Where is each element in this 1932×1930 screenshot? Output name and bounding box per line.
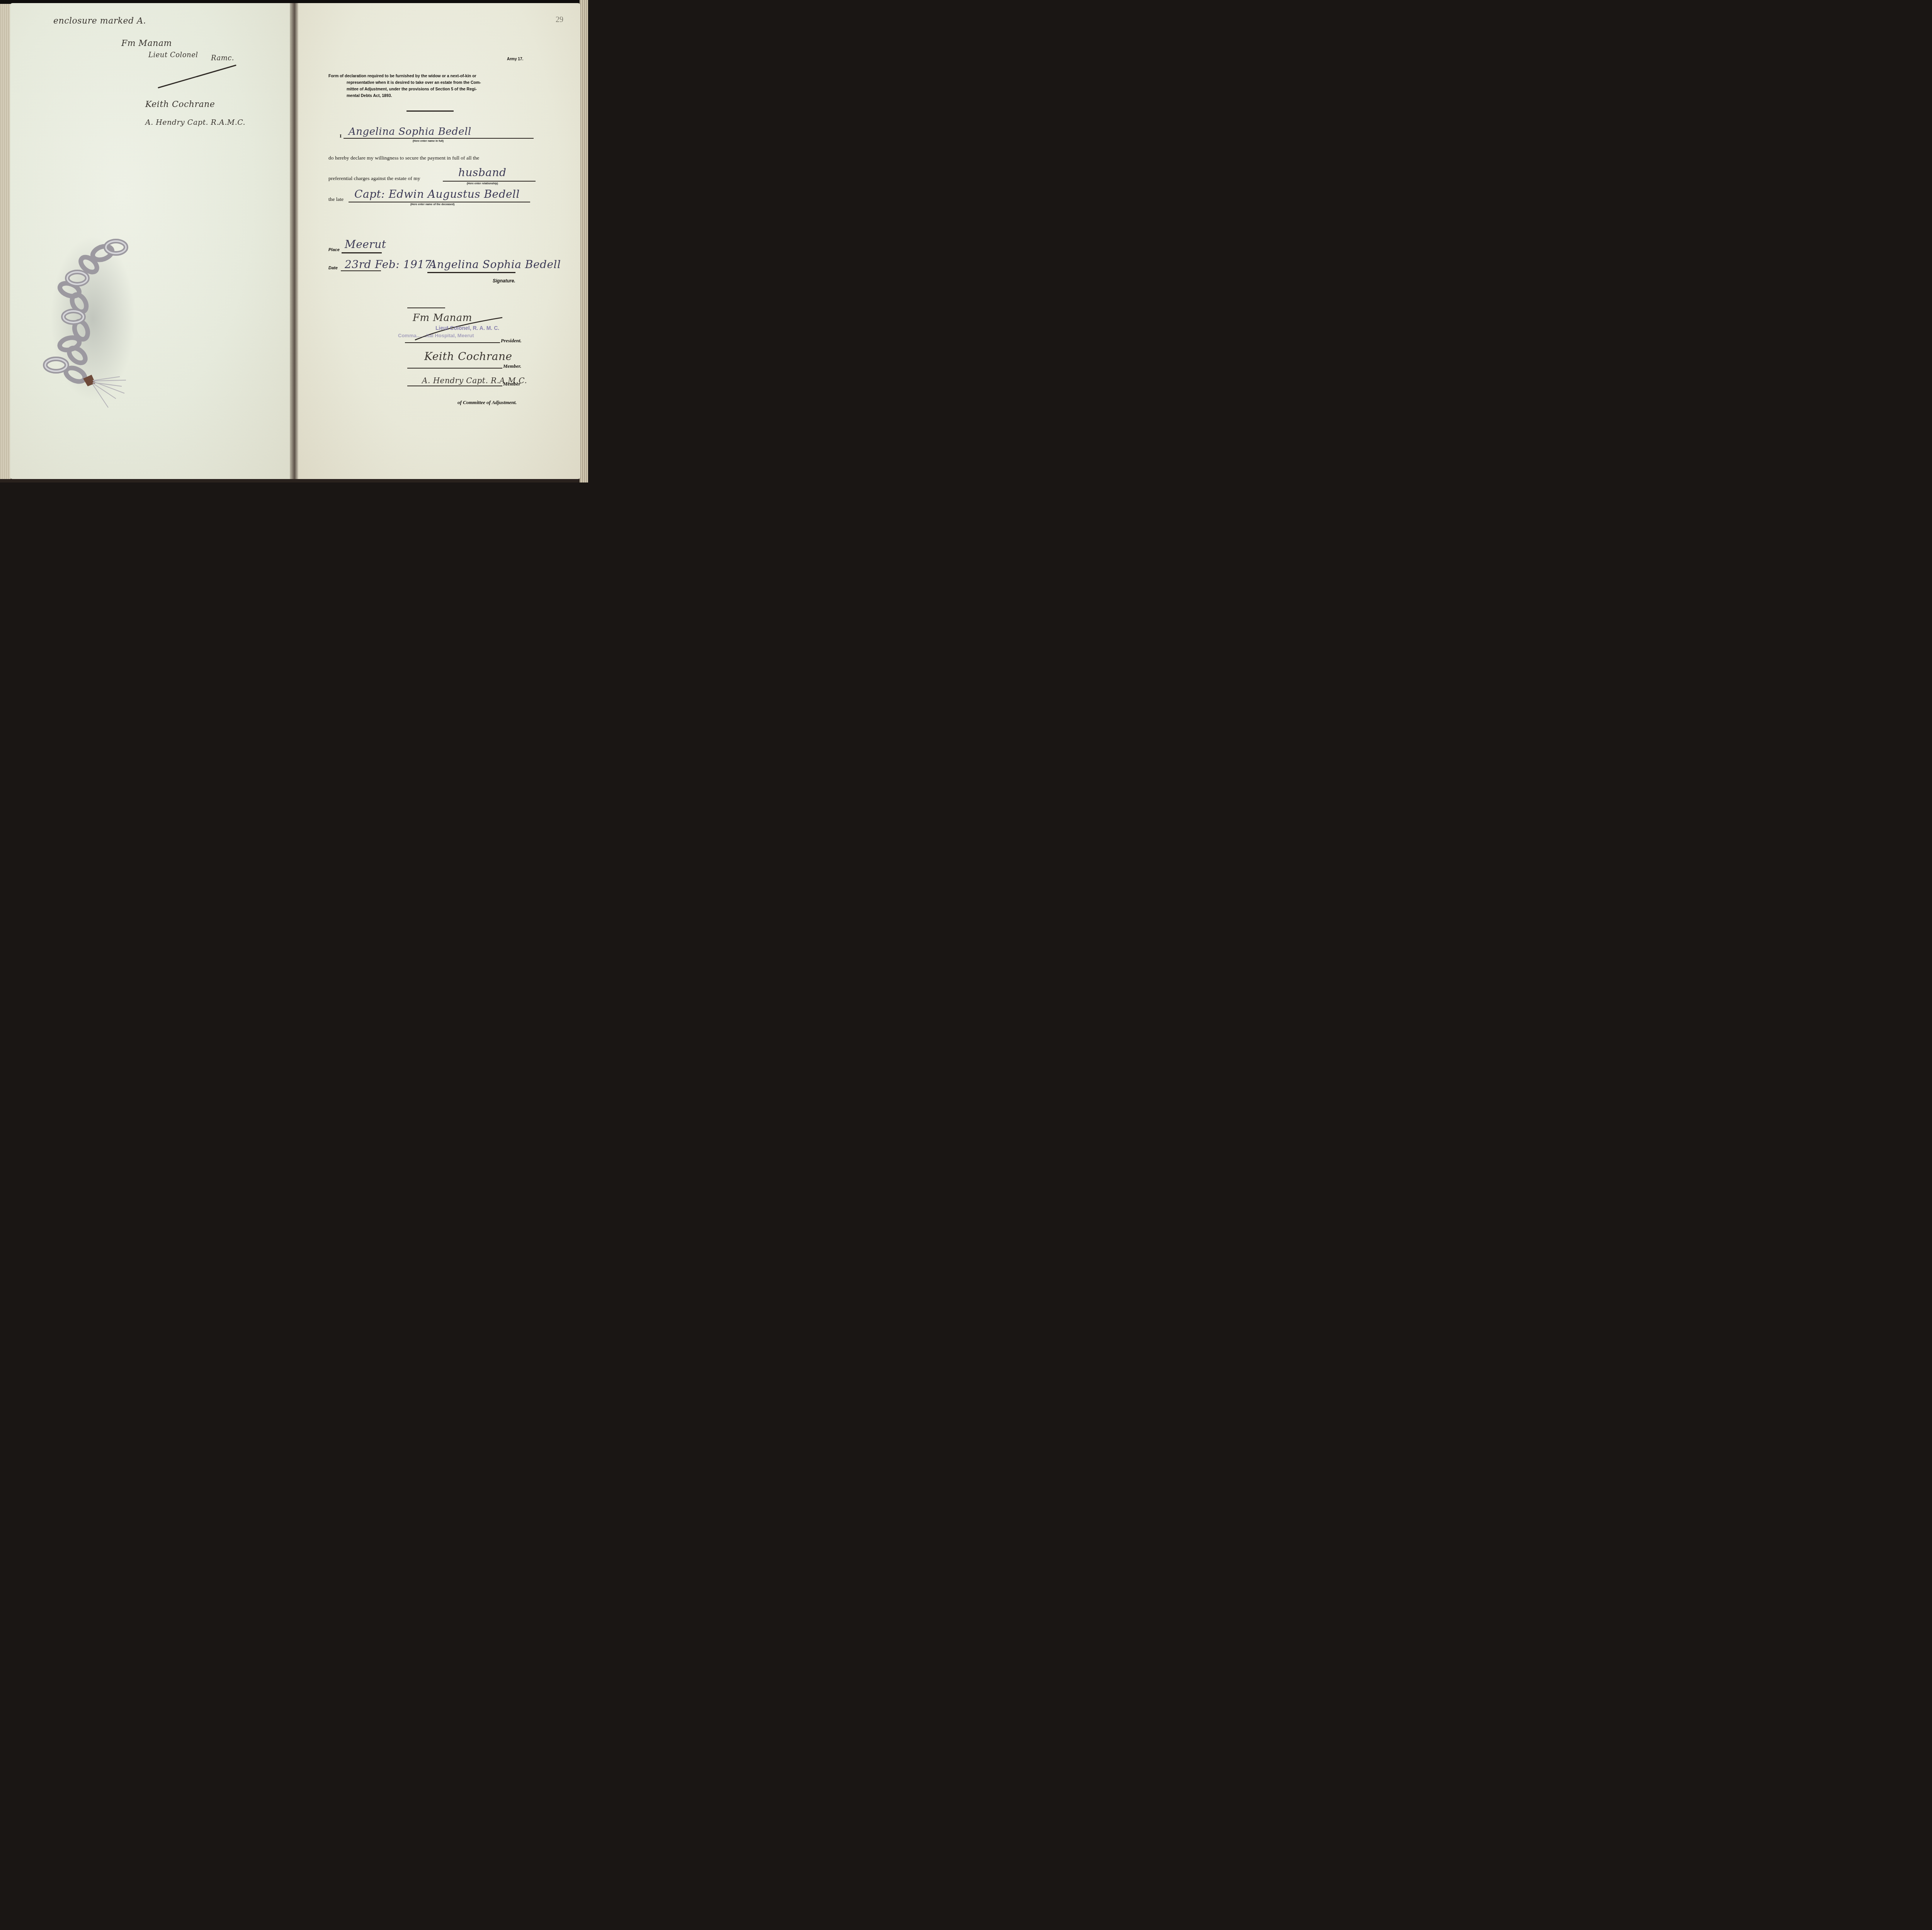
member2-line [407, 386, 502, 386]
page-edges-right [580, 0, 588, 482]
page-number: 29 [556, 15, 563, 24]
form-title-line: Form of declaration required to be furni… [328, 74, 476, 78]
declarant-name-field: Angelina Sophia Bedell [349, 126, 471, 138]
declarant-line [344, 138, 534, 139]
signature-line [427, 272, 515, 273]
divider [406, 110, 454, 112]
president-stamp-unit: Comma... ...ital Hospital, Meerut [398, 333, 474, 338]
right-page: 29 Army 17. Form of declaration required… [298, 3, 580, 479]
member2-label: Member [503, 381, 520, 387]
president-stamp-rank: Lieut Colonel, R. A. M. C. [435, 325, 499, 331]
divider [407, 308, 445, 308]
deceased-prefix: the late [328, 196, 344, 202]
member1-label: Member. [503, 363, 521, 369]
date-label: Date [328, 266, 338, 270]
body-line: do hereby declare my willingness to secu… [328, 155, 479, 161]
signature-label: Signature. [493, 278, 515, 284]
president-line [405, 342, 500, 343]
silk-chain-cord-icon [39, 232, 131, 409]
left-signature-president: Fm Manam [121, 39, 172, 48]
member1-line [407, 368, 502, 369]
left-signature-member2: A. Hendry Capt. R.A.M.C. [145, 118, 245, 127]
left-signature-member1: Keith Cochrane [145, 100, 215, 109]
declarant-prefix: I [340, 133, 342, 139]
deceased-caption: (Here enter name of the deceased) [410, 203, 454, 206]
form-title-line: representative when it is desired to tak… [347, 80, 481, 85]
declarant-signature: Angelina Sophia Bedell [429, 258, 561, 271]
deceased-line [349, 202, 530, 202]
president-label: President. [501, 338, 522, 344]
book-spread: enclosure marked A. Fm Manam Lieut Colon… [0, 0, 588, 482]
book-gutter [290, 3, 298, 479]
page-edges-left [0, 4, 11, 479]
place-line [342, 252, 382, 253]
pen-stroke-icon [157, 63, 238, 90]
relationship-field: husband [458, 166, 507, 179]
left-president-title: Lieut Colonel [148, 51, 198, 59]
relationship-line [443, 181, 536, 182]
place-field: Meerut [345, 238, 386, 251]
member1-signature: Keith Cochrane [424, 350, 512, 363]
relationship-caption: (Here enter relationship) [467, 182, 498, 185]
place-label: Place [328, 248, 340, 252]
form-title-line: mental Debts Act, 1893. [347, 93, 392, 98]
committee-footer: of Committee of Adjustment. [457, 399, 517, 406]
form-id: Army 17. [507, 57, 523, 61]
declarant-caption: (Here enter name in full) [413, 140, 444, 143]
annotation-enclosure: enclosure marked A. [53, 16, 146, 26]
date-field: 23rd Feb: 1917. [345, 258, 435, 271]
relationship-prefix: preferential charges against the estate … [328, 175, 420, 182]
deceased-name-field: Capt: Edwin Augustus Bedell [354, 188, 520, 200]
left-president-corps: Ramc. [211, 54, 234, 62]
form-title-line: mittee of Adjustment, under the provisio… [347, 87, 477, 92]
